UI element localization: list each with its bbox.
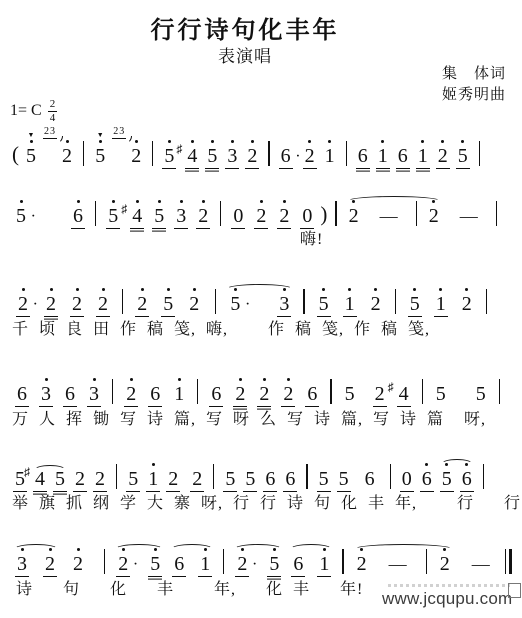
barline	[346, 141, 347, 166]
note-number: 2	[167, 469, 179, 489]
octave-dot	[122, 548, 125, 551]
note-number: 5	[409, 294, 421, 314]
note-number: 5	[344, 384, 356, 404]
octave-dot	[381, 140, 384, 143]
note: 2	[370, 288, 382, 314]
note-body: 4♯	[186, 146, 198, 166]
augmentation-dot: ·	[245, 300, 250, 310]
staccato-mark: ▼	[28, 131, 35, 139]
final-barline	[505, 549, 512, 574]
note: 2	[428, 200, 440, 226]
note: 0	[401, 469, 413, 489]
note: 6	[357, 146, 369, 166]
note-number: 5	[224, 469, 236, 489]
note-body: 6	[461, 469, 473, 489]
note-number: 2	[136, 294, 148, 314]
note-number: 2	[117, 554, 129, 574]
octave-dot	[141, 288, 144, 291]
note-number: 3	[226, 146, 238, 166]
note-body: 2	[71, 294, 83, 314]
note: 2·	[117, 548, 129, 574]
barline	[83, 141, 84, 166]
note-number: 2	[17, 294, 29, 314]
note-number: 2	[258, 384, 270, 404]
note-number: 2	[348, 206, 360, 226]
note: 5	[318, 469, 330, 489]
note: 5	[409, 288, 421, 314]
octave-dot	[191, 140, 194, 143]
note-body: 6	[421, 469, 433, 489]
note-number: 1	[435, 294, 447, 314]
note-body: 5	[54, 469, 66, 489]
note-number: 0	[232, 206, 244, 226]
note-number: —	[388, 554, 408, 574]
note: 2	[246, 140, 258, 166]
note: 5	[149, 548, 161, 574]
note: 5	[162, 288, 174, 314]
note-body: 5	[149, 554, 161, 574]
note-body: 2	[374, 384, 386, 404]
octave-dot	[323, 548, 326, 551]
barline	[116, 464, 117, 489]
slur-group: 2—2	[350, 548, 457, 574]
note: 1	[199, 548, 211, 574]
note-number: 1	[147, 469, 159, 489]
note-body: 3	[88, 384, 100, 404]
watermark-url: www.jcqupu.com	[382, 589, 512, 609]
note-number: —	[471, 554, 491, 574]
augmentation-dot: ·	[31, 212, 36, 222]
note-body: 2	[278, 206, 290, 226]
note: 6	[364, 469, 376, 489]
note-number: 2	[255, 206, 267, 226]
note-number: 2	[278, 206, 290, 226]
note-body: 5	[344, 384, 356, 404]
note-number: 2	[97, 294, 109, 314]
lyric-exclamation: 嗨!	[300, 226, 323, 249]
note-body: 2	[234, 384, 246, 404]
note-body: 6	[16, 384, 28, 404]
note-body: 2	[255, 206, 267, 226]
note-number: 5	[149, 554, 161, 574]
note: 3	[16, 548, 28, 574]
note: 4♯	[34, 469, 46, 489]
slur-group: 2·5	[111, 548, 167, 574]
note: 5	[163, 140, 175, 166]
note: 5	[457, 140, 469, 166]
note-body: 5	[409, 294, 421, 314]
barline	[330, 379, 331, 404]
note-number: 2	[437, 146, 449, 166]
sharp-sign: ♯	[121, 203, 127, 215]
note: 2	[197, 200, 209, 226]
note-body: 5	[318, 469, 330, 489]
barline	[122, 289, 123, 314]
note: 0	[232, 206, 244, 226]
credits: 集 体词 姬秀明曲	[442, 64, 506, 106]
note-body: 2	[461, 294, 473, 314]
note-body: 2	[130, 146, 142, 166]
note: 2	[136, 288, 148, 314]
augmentation-dot: ·	[133, 560, 138, 570]
note: 2	[255, 200, 267, 226]
octave-dot	[439, 288, 442, 291]
score-line-5: 54♯522512255665560656	[10, 443, 490, 489]
song-subtitle: 表演唱	[0, 42, 490, 67]
note: 5	[224, 469, 236, 489]
close-paren: )	[320, 203, 327, 226]
barline	[197, 379, 198, 404]
note: 3	[40, 378, 52, 404]
note-number: 5	[318, 294, 330, 314]
note: 5·	[15, 200, 27, 226]
note-number: 6	[292, 554, 304, 574]
note: 5	[153, 200, 165, 226]
augmentation-dot: ·	[295, 152, 300, 162]
barline	[335, 201, 336, 226]
note-body: 1	[435, 294, 447, 314]
sharp-sign: ♯	[176, 143, 182, 155]
note-number: 2	[356, 554, 368, 574]
note: 3	[226, 140, 238, 166]
note-body: 2	[94, 469, 106, 489]
note-body: 6	[173, 554, 185, 574]
note-body: 2	[428, 206, 440, 226]
note-body: 5	[457, 146, 469, 166]
slur-group: 61	[286, 548, 336, 574]
octave-dot	[461, 140, 464, 143]
note-number: 6	[72, 206, 84, 226]
note-number: 5	[441, 469, 453, 489]
note-number: 5	[206, 146, 218, 166]
note-body: 2	[439, 554, 451, 574]
note: ▼5	[94, 131, 106, 166]
key-tonic: 1= C	[10, 102, 42, 120]
note-number: 5	[15, 206, 27, 226]
note-number: 5	[94, 146, 106, 166]
note-number: 5	[107, 206, 119, 226]
barline	[306, 464, 307, 489]
barline	[486, 289, 487, 314]
octave-dot	[283, 200, 286, 203]
octave-dot	[202, 200, 205, 203]
note: 3	[278, 288, 290, 314]
note-number: 2	[197, 206, 209, 226]
note: 5	[107, 200, 119, 226]
barline	[426, 549, 427, 574]
octave-dot	[30, 140, 33, 143]
barline	[499, 379, 500, 404]
note-number: 4	[186, 146, 198, 166]
note-number: 5	[25, 146, 37, 166]
barline	[152, 141, 153, 166]
note-body: 2	[197, 206, 209, 226]
note-number: 6	[461, 469, 473, 489]
octave-dot	[425, 463, 428, 466]
note-body: 0	[301, 206, 313, 226]
note-number: 2	[130, 146, 142, 166]
watermark-stamp-icon	[508, 583, 521, 598]
note-body: 2	[97, 294, 109, 314]
note-body: 2	[304, 146, 316, 166]
note-number: 4	[34, 469, 46, 489]
note-number: 5	[268, 554, 280, 574]
octave-dot	[77, 548, 80, 551]
octave-dot	[193, 288, 196, 291]
octave-dot	[308, 140, 311, 143]
octave-dot	[231, 140, 234, 143]
note-number: 6	[149, 384, 161, 404]
note-body: —	[379, 206, 399, 226]
composer-credit: 姬秀明曲	[442, 85, 506, 106]
note: 6	[64, 384, 76, 404]
staccato-mark: ▼	[97, 131, 104, 139]
duration-dash: —	[459, 206, 479, 226]
note-body: 6	[364, 469, 376, 489]
note-body: 6	[306, 384, 318, 404]
octave-dot	[322, 288, 325, 291]
octave-dot	[76, 288, 79, 291]
note-number: 6	[364, 469, 376, 489]
octave-dot	[260, 200, 263, 203]
lyrics-line-3: 举 旗 抓 纲 学 大 寨 呀, 行 行 诗 句 化 丰 年, 行 行	[12, 490, 521, 513]
note-body: 1	[417, 146, 429, 166]
note-body: 6	[397, 146, 409, 166]
octave-dot	[158, 200, 161, 203]
note: 1	[173, 378, 185, 404]
note-body: 6	[357, 146, 369, 166]
note-body: 5·	[229, 294, 241, 314]
note-body: 3	[226, 146, 238, 166]
note-body: 3	[278, 294, 290, 314]
note: 5	[268, 548, 280, 574]
note: 2	[461, 288, 473, 314]
octave-dot	[135, 140, 138, 143]
note-body: 2	[44, 554, 56, 574]
note: 6	[149, 384, 161, 404]
note-number: 4	[131, 206, 143, 226]
note-body: 2·	[117, 554, 129, 574]
note-number: 3	[40, 384, 52, 404]
note: 2	[282, 378, 294, 404]
slur-group: 4♯5	[30, 469, 70, 489]
note: 2	[278, 200, 290, 226]
octave-dot	[374, 288, 377, 291]
barline	[213, 464, 214, 489]
note-number: 6	[16, 384, 28, 404]
note: 2	[167, 469, 179, 489]
octave-dot	[360, 548, 363, 551]
note-number: 2	[236, 554, 248, 574]
barline	[104, 549, 105, 574]
note-body: 6·	[280, 146, 292, 166]
octave-dot	[20, 200, 23, 203]
note-body: 5	[206, 146, 218, 166]
note-body: 5	[244, 469, 256, 489]
note-number: 5	[163, 146, 175, 166]
note-body: 4♯	[398, 384, 410, 404]
note-body: 1	[377, 146, 389, 166]
octave-dot	[445, 463, 448, 466]
note-body: 5	[25, 146, 37, 166]
note: 2	[71, 288, 83, 314]
note-number: 6	[397, 146, 409, 166]
note: 232	[130, 140, 142, 166]
octave-dot	[241, 548, 244, 551]
note-body: 5	[94, 146, 106, 166]
note-number: 5	[318, 469, 330, 489]
note-number: 6	[284, 469, 296, 489]
octave-dot	[112, 200, 115, 203]
octave-dot	[287, 378, 290, 381]
slur-group: 56	[437, 463, 477, 489]
note-body: 2	[45, 294, 57, 314]
note-body: 2	[136, 294, 148, 314]
note-number: 2	[44, 554, 56, 574]
note-body: 3	[16, 554, 28, 574]
note-body: 6	[64, 384, 76, 404]
note-body: 1	[147, 469, 159, 489]
note-number: 6	[264, 469, 276, 489]
note: 2	[45, 288, 57, 314]
note: ▼5	[25, 131, 37, 166]
note: 6	[173, 554, 185, 574]
barline	[95, 201, 96, 226]
barline	[416, 201, 417, 226]
note: 3	[88, 378, 100, 404]
score-line-3: 2·2222525·3512512	[10, 268, 493, 314]
barline	[268, 141, 269, 166]
note: 1	[318, 548, 330, 574]
note-number: 6	[421, 469, 433, 489]
note: 6·	[280, 146, 292, 166]
note-body: 2	[370, 294, 382, 314]
note-body: 2	[191, 469, 203, 489]
note-number: 5	[457, 146, 469, 166]
note-number: 2	[45, 294, 57, 314]
score-line-4: 636326162226524♯55	[10, 358, 506, 404]
barline	[395, 289, 396, 314]
note: 2	[72, 548, 84, 574]
note-body: 6	[210, 384, 222, 404]
barline	[303, 289, 304, 314]
slur-group: 2·5	[230, 548, 286, 574]
octave-dot	[99, 140, 102, 143]
note-body: 2	[72, 554, 84, 574]
barline	[422, 379, 423, 404]
note-body: 5	[153, 206, 165, 226]
octave-dot	[283, 288, 286, 291]
note: 5	[54, 469, 66, 489]
octave-dot	[441, 140, 444, 143]
octave-dot	[45, 378, 48, 381]
note: 2	[258, 378, 270, 404]
note-number: 2	[370, 294, 382, 314]
note: 1	[377, 140, 389, 166]
octave-dot	[167, 288, 170, 291]
note-body: 4♯	[131, 206, 143, 226]
note-body: 5	[475, 384, 487, 404]
duration-dash: —	[379, 206, 399, 226]
note-body: —	[471, 554, 491, 574]
note-body: 2	[258, 384, 270, 404]
octave-dot	[180, 200, 183, 203]
note-body: 5	[127, 469, 139, 489]
note: 1	[344, 288, 356, 314]
note-body: 5	[435, 384, 447, 404]
note-number: 0	[301, 206, 313, 226]
note-number: 2	[428, 206, 440, 226]
note: 2	[348, 200, 360, 226]
note-body: 1	[199, 554, 211, 574]
note: 2	[374, 384, 386, 404]
note-number: 6	[357, 146, 369, 166]
note: 2	[439, 548, 451, 574]
note-number: 5	[229, 294, 241, 314]
note-number: 3	[175, 206, 187, 226]
octave-dot	[348, 288, 351, 291]
note-body: 3	[40, 384, 52, 404]
note-number: 1	[199, 554, 211, 574]
note-number: 2	[374, 384, 386, 404]
note-body: 2	[125, 384, 137, 404]
note-body: 5	[338, 469, 350, 489]
note-body: —	[388, 554, 408, 574]
note-body: 2	[437, 146, 449, 166]
note-number: 5	[54, 469, 66, 489]
note-number: 2	[61, 146, 73, 166]
note: 4♯	[398, 384, 410, 404]
note: 2	[94, 469, 106, 489]
note-number: 6	[210, 384, 222, 404]
octave-dot	[178, 378, 181, 381]
note-number: 2	[71, 294, 83, 314]
note: 1	[417, 140, 429, 166]
octave-dot	[432, 200, 435, 203]
note-body: 5	[268, 554, 280, 574]
octave-dot	[328, 140, 331, 143]
note-number: 2	[282, 384, 294, 404]
octave-dot	[234, 288, 237, 291]
note-body: 6	[264, 469, 276, 489]
note-body: 2	[167, 469, 179, 489]
note-body: 2	[74, 469, 86, 489]
octave-dot	[154, 548, 157, 551]
note: 6	[306, 384, 318, 404]
sharp-sign: ♯	[388, 381, 394, 393]
note: 2	[437, 140, 449, 166]
barline	[342, 549, 343, 574]
duration-dash: —	[388, 554, 408, 574]
note-number: 5	[244, 469, 256, 489]
note: 6	[421, 463, 433, 489]
octave-dot	[465, 463, 468, 466]
note: 2·	[17, 288, 29, 314]
note-number: 3	[278, 294, 290, 314]
note-number: —	[459, 206, 479, 226]
note-body: 5	[107, 206, 119, 226]
octave-dot	[352, 200, 355, 203]
note-body: 1	[173, 384, 185, 404]
note-number: —	[379, 206, 399, 226]
note: 5·	[229, 288, 241, 314]
octave-dot	[239, 378, 242, 381]
note-body: 0	[401, 469, 413, 489]
duration-dash: —	[471, 554, 491, 574]
octave-dot	[21, 548, 24, 551]
note-number: 2	[461, 294, 473, 314]
note: 5	[475, 384, 487, 404]
